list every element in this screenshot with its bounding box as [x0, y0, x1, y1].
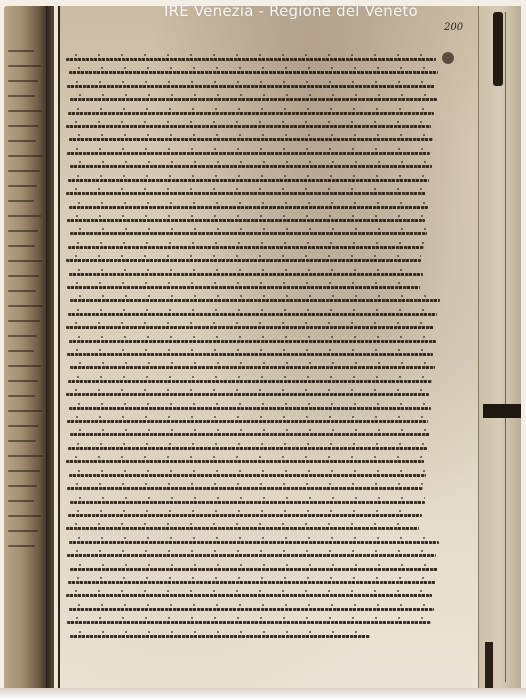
- facing-page-text-line: [8, 125, 39, 127]
- manuscript-text-line: [69, 541, 439, 544]
- manuscript-text-line: [70, 98, 437, 101]
- manuscript-text-line: [68, 581, 435, 584]
- manuscript-text-line: [70, 165, 432, 168]
- facing-page-text-line: [8, 470, 40, 472]
- facing-page-text-line: [8, 65, 41, 67]
- manuscript-text-line: [69, 273, 423, 276]
- manuscript-text-line: [69, 474, 426, 477]
- manuscript-text-line: [66, 125, 431, 128]
- facing-page-text-line: [8, 95, 35, 97]
- watermark: IRE Venezia - Regione del Veneto: [164, 2, 418, 20]
- handwritten-text-block: [66, 52, 444, 642]
- manuscript-text-line: [70, 501, 425, 504]
- facing-page-left: [4, 6, 48, 690]
- facing-page-text-line: [8, 275, 39, 277]
- manuscript-text-line: [68, 246, 424, 249]
- binding-strip: [493, 12, 503, 86]
- facing-page-text-line: [8, 515, 41, 517]
- manuscript-text-line: [68, 380, 432, 383]
- next-leaf-edge: [478, 6, 521, 690]
- photo-border: [0, 688, 526, 700]
- facing-page-text-line: [8, 290, 36, 292]
- manuscript-text-line: [66, 259, 421, 262]
- manuscript-text-line: [70, 433, 430, 436]
- manuscript-text-line: [69, 407, 431, 410]
- binding-gutter: [46, 6, 54, 690]
- facing-page-text-line: [8, 440, 36, 442]
- facing-page-text-line: [8, 140, 36, 142]
- facing-page-text-line: [8, 395, 35, 397]
- facing-page-text-line: [8, 545, 35, 547]
- manuscript-text-line: [67, 353, 433, 356]
- manuscript-text-line: [66, 58, 436, 61]
- manuscript-text-line: [66, 527, 419, 530]
- manuscript-text-line: [70, 635, 370, 638]
- facing-page-text-line: [8, 305, 43, 307]
- facing-page-text-line: [8, 335, 37, 337]
- manuscript-text-line: [66, 326, 434, 329]
- manuscript-text-line: [69, 608, 434, 611]
- manuscript-text-line: [66, 393, 429, 396]
- facing-page-text-line: [8, 80, 38, 82]
- facing-page-text-line: [8, 320, 40, 322]
- page-fold-line: [505, 12, 506, 682]
- facing-page-text-line: [8, 215, 41, 217]
- facing-page-text-line: [8, 230, 38, 232]
- manuscript-text-line: [66, 594, 432, 597]
- manuscript-text-line: [67, 420, 428, 423]
- manuscript-text-line: [66, 192, 426, 195]
- facing-page-text-line: [8, 380, 38, 382]
- manuscript-text-line: [67, 554, 436, 557]
- facing-page-text-line: [8, 410, 42, 412]
- facing-page-text-line: [8, 200, 34, 202]
- facing-page-text-line: [8, 170, 40, 172]
- facing-page-text-line: [8, 500, 34, 502]
- manuscript-text-line: [69, 206, 428, 209]
- clasp-tab: [483, 404, 521, 418]
- facing-page-text-line: [8, 485, 37, 487]
- manuscript-text-line: [68, 514, 422, 517]
- manuscript-text-line: [67, 621, 431, 624]
- facing-page-text-line: [8, 185, 37, 187]
- manuscript-text-line: [70, 568, 438, 571]
- manuscript-text-line: [67, 219, 425, 222]
- manuscript-text-line: [67, 286, 420, 289]
- facing-page-text-line: [8, 455, 43, 457]
- facing-page-text-line: [8, 350, 34, 352]
- facing-page-text-line: [8, 155, 43, 157]
- manuscript-text-line: [68, 112, 434, 115]
- facing-page-text-line: [8, 260, 42, 262]
- facing-page-text-line: [8, 425, 39, 427]
- manuscript-text-line: [70, 299, 440, 302]
- manuscript-text-line: [67, 487, 423, 490]
- facing-page-text-line: [8, 110, 42, 112]
- manuscript-text-line: [69, 340, 436, 343]
- facing-page-text-line: [8, 245, 35, 247]
- folio-number: 200: [444, 22, 463, 33]
- facing-page-text-line: [8, 50, 34, 52]
- manuscript-photograph: 200 IRE Venezia - Regione del Veneto: [0, 0, 526, 700]
- manuscript-text-line: [69, 71, 438, 74]
- manuscript-text-line: [70, 366, 435, 369]
- manuscript-text-line: [68, 447, 427, 450]
- manuscript-text-line: [67, 152, 430, 155]
- facing-page-text-line: [8, 365, 41, 367]
- manuscript-text-line: [69, 138, 433, 141]
- manuscript-text-line: [70, 232, 427, 235]
- manuscript-text-line: [68, 313, 437, 316]
- manuscript-text-line: [66, 460, 424, 463]
- manuscript-text-line: [67, 85, 435, 88]
- facing-page-text-line: [8, 530, 38, 532]
- manuscript-text-line: [68, 179, 429, 182]
